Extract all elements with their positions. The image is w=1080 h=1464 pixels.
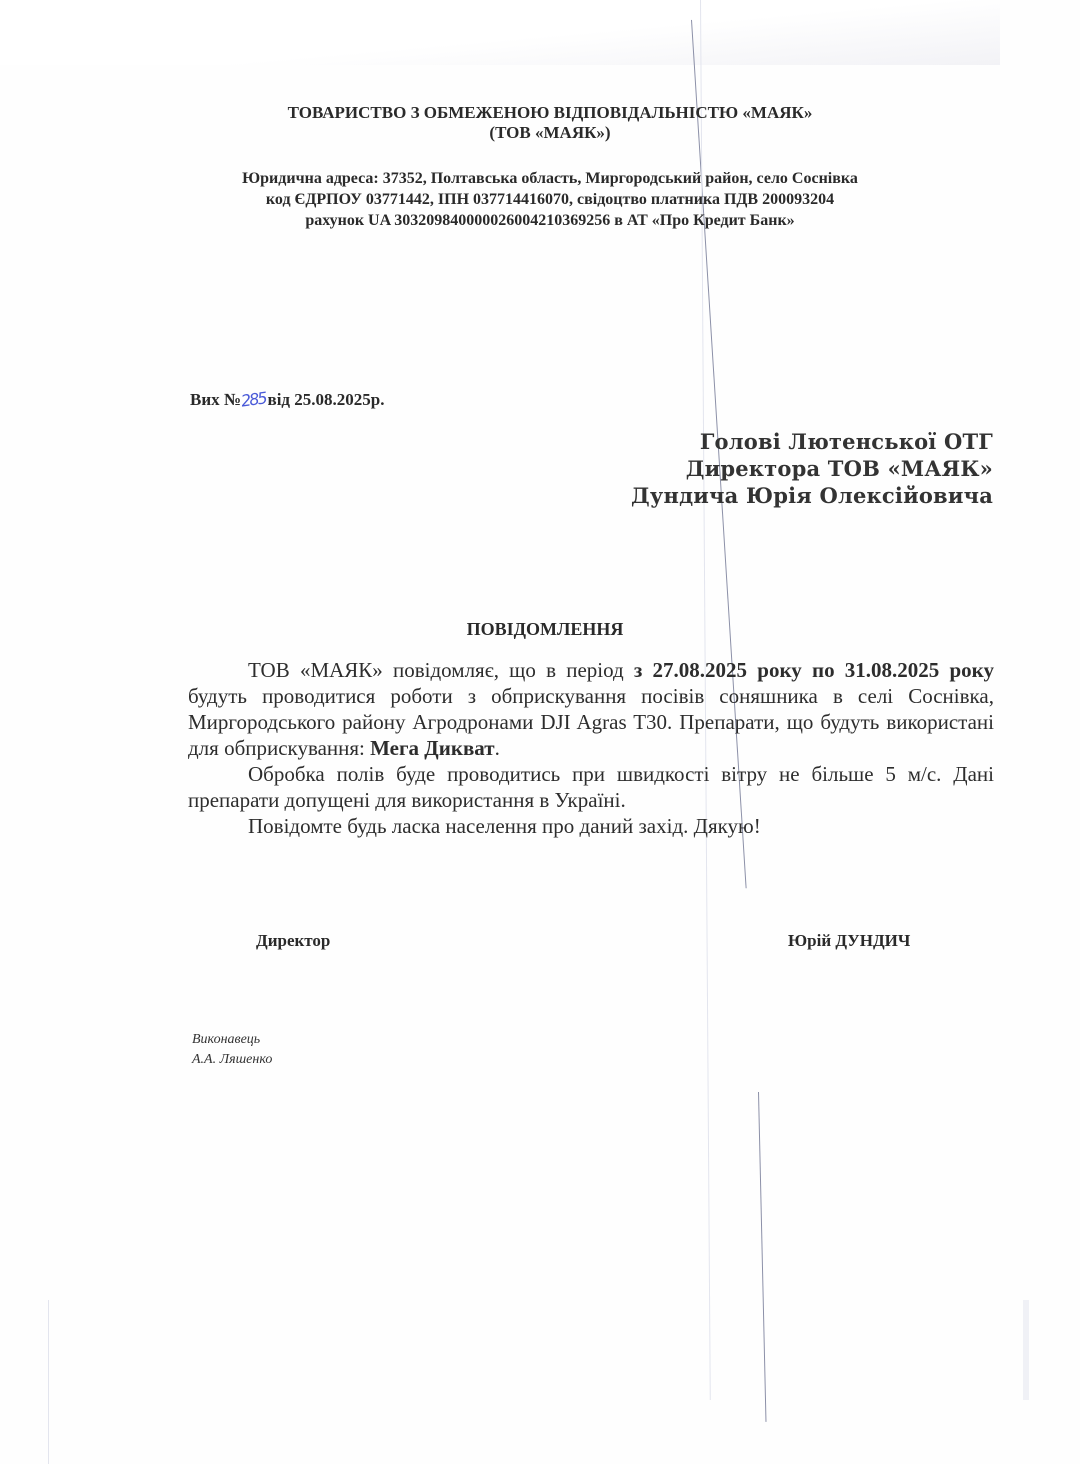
addressee-block: Голові Лютенської ОТГ Директора ТОВ «МАЯ… xyxy=(631,428,993,509)
legal-address: Юридична адреса: 37352, Полтавська облас… xyxy=(10,168,1080,189)
executor-name: А.А. Ляшенко xyxy=(192,1050,272,1070)
scan-edge-shadow xyxy=(0,0,1000,65)
registration-codes: код ЄДРПОУ 03771442, ІПН 037714416070, с… xyxy=(10,189,1080,210)
scan-artifact-line-left xyxy=(48,1300,49,1464)
signatory-name: Юрій ДУНДИЧ xyxy=(788,931,910,951)
scan-artifact-line-right xyxy=(1023,1300,1029,1400)
org-short-name: (ТОВ «МАЯК») xyxy=(10,123,1080,143)
outgoing-prefix: Вих № xyxy=(190,390,241,409)
addressee-line-3: Дундича Юрія Олексійовича xyxy=(631,482,993,509)
addressee-line-2: Директора ТОВ «МАЯК» xyxy=(631,455,993,482)
executor-label: Виконавець xyxy=(192,1030,272,1050)
addressee-line-1: Голові Лютенської ОТГ xyxy=(631,428,993,455)
letterhead-title: ТОВАРИСТВО З ОБМЕЖЕНОЮ ВІДПОВІДАЛЬНІСТЮ … xyxy=(10,103,1080,143)
bank-account: рахунок UA 303209840000026004210369256 в… xyxy=(10,210,1080,231)
notice-paragraph-3: Повідомте будь ласка населення про даний… xyxy=(188,813,994,839)
signatory-role: Директор xyxy=(256,931,330,951)
executor-block: Виконавець А.А. Ляшенко xyxy=(192,1030,272,1070)
period-dates: з 27.08.2025 року по 31.08.2025 року xyxy=(634,658,994,682)
notice-paragraph-2: Обробка полів буде проводитись при швидк… xyxy=(188,761,994,813)
org-full-name: ТОВАРИСТВО З ОБМЕЖЕНОЮ ВІДПОВІДАЛЬНІСТЮ … xyxy=(10,103,1080,123)
letterhead-details: Юридична адреса: 37352, Полтавська облас… xyxy=(10,168,1080,231)
outgoing-date: від 25.08.2025р. xyxy=(268,390,385,409)
notice-body: ТОВ «МАЯК» повідомляє, що в період з 27.… xyxy=(188,657,994,839)
notice-title: ПОВІДОМЛЕННЯ xyxy=(5,619,1080,640)
notice-paragraph-1: ТОВ «МАЯК» повідомляє, що в період з 27.… xyxy=(188,657,994,761)
handwritten-number: 285 xyxy=(240,388,267,410)
outgoing-number: Вих №285від 25.08.2025р. xyxy=(190,390,384,410)
scanned-letter-page: ТОВАРИСТВО З ОБМЕЖЕНОЮ ВІДПОВІДАЛЬНІСТЮ … xyxy=(0,0,1080,1464)
product-name: Мега Дикват xyxy=(370,736,494,760)
scan-artifact-line-lower xyxy=(758,1092,766,1422)
